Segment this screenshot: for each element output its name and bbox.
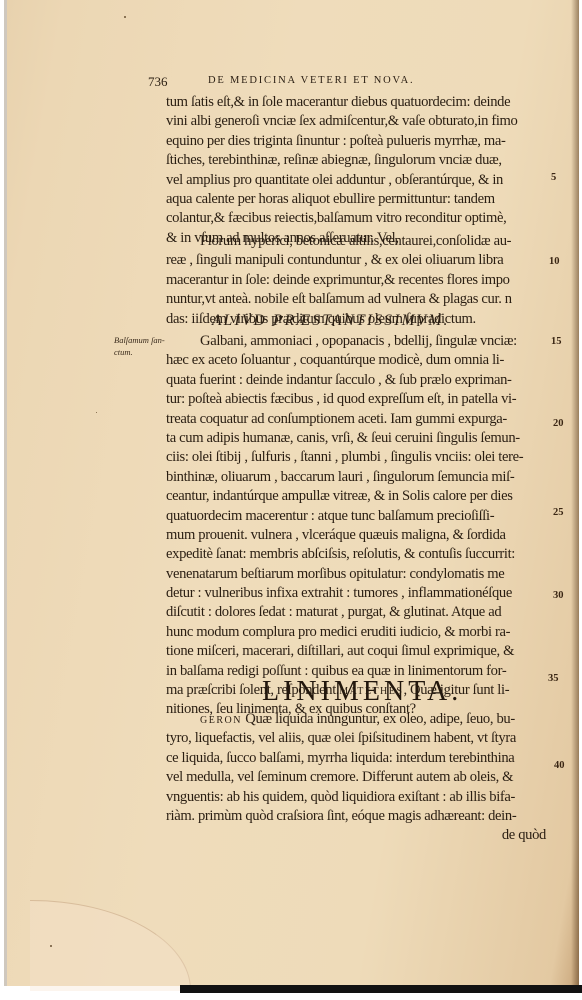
text-line: nuntur,vt anteà. nobile eſt balſamum ad … <box>166 290 546 309</box>
running-head: DE MEDICINA VETERI ET NOVA. <box>208 75 414 86</box>
text-line: quata fuerint : deinde indantur ſacculo … <box>166 371 546 390</box>
text-line: detur : vulneribus infixa extrahit : tum… <box>166 584 546 603</box>
text-line: Galbani, ammoniaci , opopanacis , bdelli… <box>166 332 546 351</box>
line-number: 25 <box>553 507 564 518</box>
speaker-name: GERON <box>200 715 242 726</box>
paragraph-4: GERON Quæ liquida inunguntur, ex oleo, a… <box>166 710 546 846</box>
catchword: de quòd <box>166 826 546 845</box>
scan-margin <box>0 993 582 1000</box>
text-line: ciis: olei ſtibij , ſulfuris , ſtanni , … <box>166 448 546 467</box>
text-line: vnguentis: ab his quidem, quòd liquidior… <box>166 788 546 807</box>
text-line: expeditè ſanat: membris abſciſsis, reſol… <box>166 545 546 564</box>
text-line: quatuordecim macerentur : atque tunc bal… <box>166 507 546 526</box>
line-number: 15 <box>551 336 562 347</box>
text-line: ce liquida, ſucco balſami, myrrha liquid… <box>166 749 546 768</box>
paragraph-1: tum ſatis eſt,& in ſole macerantur diebu… <box>166 93 546 248</box>
line-number: 5 <box>551 172 556 183</box>
paragraph-3: Galbani, ammoniaci , opopanacis , bdelli… <box>166 332 546 720</box>
paper-speck <box>124 16 126 18</box>
text-line: tyro, liquefactis, vel aliis, quæ olei ſ… <box>166 729 546 748</box>
text-line: vel medulla, vel ſeminum cremore. Differ… <box>166 768 546 787</box>
line-number: 35 <box>548 673 559 684</box>
text-line: equino per dies triginta ſinuntur : poſt… <box>166 132 546 151</box>
text-line: tione miſceri, macerari, diſtillari, aut… <box>166 642 546 661</box>
margin-note-line: Balſamum ſan- <box>114 334 165 346</box>
text-line: hæc ex aceto ſoluantur , coquantúrque mo… <box>166 351 546 370</box>
text-line: riàm. primùm quòd craſsiora ſint, eóque … <box>166 807 546 826</box>
text-line: ceantur, indantúrque ampullæ vitreæ, & i… <box>166 487 546 506</box>
text-line: vini albi generoſi vnciæ ſex admiſcentur… <box>166 112 546 131</box>
text-fragment: Quæ liquida inunguntur, ex oleo, adipe, … <box>242 711 515 727</box>
text-line: reæ , ſinguli manipuli contunduntur , & … <box>166 251 546 270</box>
page-header: 736 DE MEDICINA VETERI ET NOVA. <box>148 74 528 94</box>
text-line: tur: poſteà abiectis fæcibus , id quod e… <box>166 390 546 409</box>
text-line: GERON Quæ liquida inunguntur, ex oleo, a… <box>166 710 546 729</box>
margin-note: Balſamum ſan- ctum. <box>114 334 165 358</box>
scanned-book-page: 736 DE MEDICINA VETERI ET NOVA. tum ſati… <box>0 0 582 1000</box>
text-line: macerantur in ſole: deinde exprimuntur,&… <box>166 271 546 290</box>
text-line: hunc modum complura pro medici eruditi i… <box>166 623 546 642</box>
margin-note-line: ctum. <box>114 346 165 358</box>
line-number: 20 <box>553 418 564 429</box>
recipe-subheading: ALIVD PRÆSTANTISSIMVM. <box>212 312 450 330</box>
text-line: Florum hyperici, betonicæ altilis,centau… <box>166 232 546 251</box>
line-number: 40 <box>554 760 565 771</box>
text-line: mum prouenit. vulnera , vlceráque quæuis… <box>166 526 546 545</box>
text-line: colantur,& fæcibus reiectis,balſamum vit… <box>166 209 546 228</box>
text-line: treata coquatur ad conſumptionem aceti. … <box>166 410 546 429</box>
text-line: binthinæ, oliuarum , baccarum lauri , ſi… <box>166 468 546 487</box>
line-number: 10 <box>549 256 560 267</box>
text-line: ſtiches, terebinthinæ, reſinæ abiegnæ, ſ… <box>166 151 546 170</box>
binding-shadow <box>571 0 579 986</box>
text-line: venenatarum beſtiarum morſibus opitulatu… <box>166 565 546 584</box>
line-number: 30 <box>553 590 564 601</box>
text-line: aqua calente per horas aliquot ebullire … <box>166 190 546 209</box>
text-line: diſcutit : dolores ſedat : maturat , pur… <box>166 603 546 622</box>
text-line: vel amplius pro quantitate olei adduntur… <box>166 171 546 190</box>
page-number: 736 <box>148 74 168 90</box>
paper-speck <box>96 412 97 413</box>
section-title: LINIMENTA. <box>262 676 462 708</box>
text-line: tum ſatis eſt,& in ſole macerantur diebu… <box>166 93 546 112</box>
text-line: ta cum adipis humanæ, canis, vrſi, & ſeu… <box>166 429 546 448</box>
paper-speck <box>50 945 52 947</box>
